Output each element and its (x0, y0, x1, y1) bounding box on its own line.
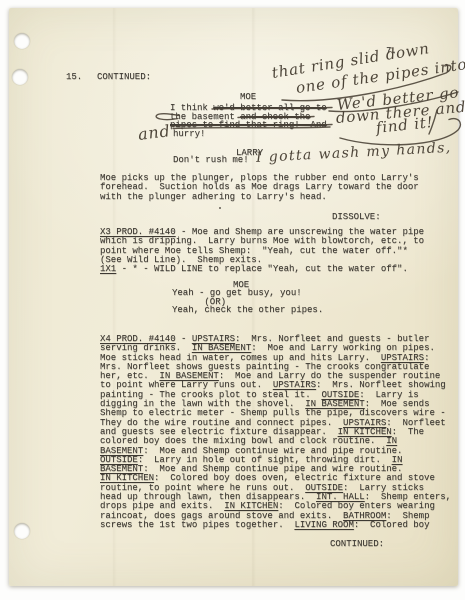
moe-dialogue-lines: I think we'd better all go tothe basemen… (170, 104, 327, 130)
scene-x3-paragraph: X3 PROD. #4140 - Moe and Shemp are unscr… (100, 228, 424, 265)
punch-hole-top-2 (12, 69, 28, 85)
wild-line-text: 1X1 - * - WILD LINE to replace "Yeah, cu… (100, 264, 408, 274)
scene-number: 15. (66, 73, 82, 82)
punch-hole-top-1 (14, 33, 30, 49)
script-page-scan: 7. 15. CONTINUED: MOE I think we'd bette… (0, 0, 465, 600)
continued-footer: CONTINUED: (330, 540, 384, 549)
action-paragraph: Moe picks up the plunger, plops the rubb… (100, 174, 419, 202)
wild-line-note: 1X1 - * - WILD LINE to replace "Yeah, cu… (100, 265, 408, 274)
stray-ink-dot (219, 207, 221, 209)
scene-x4-paragraph: X4 PROD. #4140 - UPSTAIRS: Mrs. Norfleet… (100, 335, 451, 530)
larry-dialogue: Don't rush me! (173, 156, 249, 165)
character-name-moe: MOE (240, 93, 256, 102)
moe-dialogue-hurry: hurry! (173, 130, 205, 139)
punch-hole-bottom (14, 523, 30, 539)
continued-marker: CONTINUED: (97, 73, 151, 82)
moe-alt-dialogue: Yeah - go get busy, you! (OR)Yeah, check… (172, 289, 323, 315)
transition-dissolve: DISSOLVE: (332, 213, 381, 222)
handwritten-and: and (137, 121, 172, 144)
